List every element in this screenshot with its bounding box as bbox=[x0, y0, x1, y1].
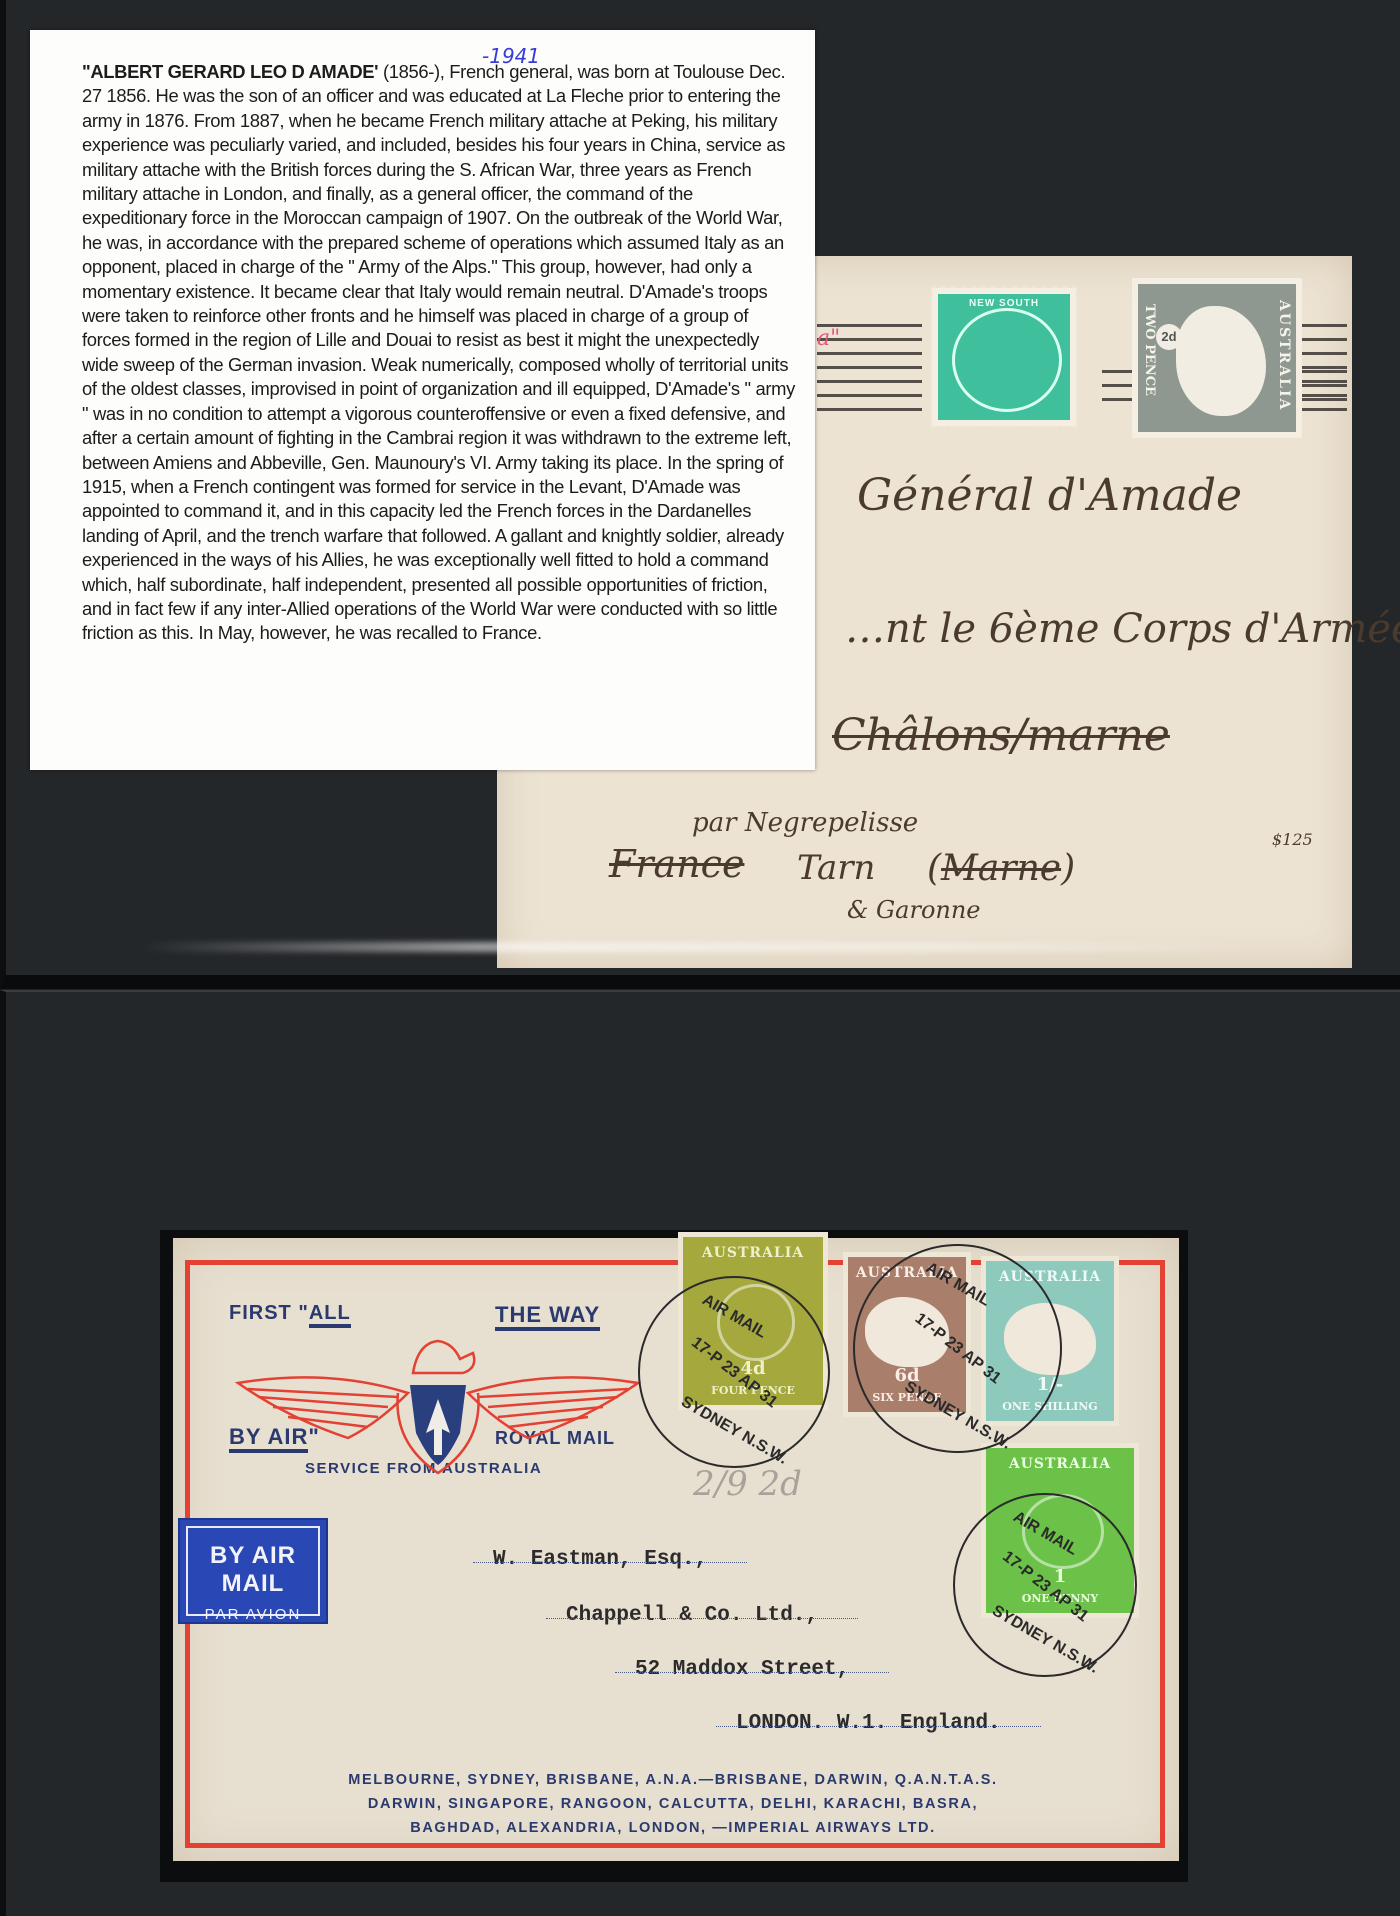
sleeve-glare bbox=[140, 942, 1270, 952]
postmark-air-mail-sydney: AIR MAIL 17-P 23 AP 31 SYDNEY N.S.W. bbox=[638, 1276, 830, 1468]
airline-routes: MELBOURNE, SYDNEY, BRISBANE, A.N.A.—BRIS… bbox=[213, 1768, 1133, 1840]
address-line-struck: France bbox=[609, 842, 744, 886]
by-air-mail-label: BY AIR MAIL PAR AVION bbox=[178, 1518, 328, 1624]
address-line: Chappell & Co. Ltd., bbox=[566, 1604, 818, 1627]
cover-2-envelope: FIRST "ALL THE WAY BY AIR" ROYAL MAIL SE… bbox=[173, 1238, 1179, 1861]
pink-manuscript-mark: a" bbox=[817, 326, 840, 351]
advert-the-way: THE WAY bbox=[495, 1302, 600, 1328]
description-heading: "ALBERT GERARD LEO D AMADE' bbox=[82, 61, 378, 82]
address-line: Général d'Amade bbox=[857, 470, 1242, 521]
address-line: (Marne) bbox=[927, 848, 1075, 889]
stamp-nsw-halfpenny: NEW SOUTH bbox=[932, 288, 1076, 426]
winged-shield-lion-icon bbox=[228, 1333, 648, 1483]
address-line: W. Eastman, Esq., bbox=[493, 1548, 707, 1571]
address-line: 52 Maddox Street, bbox=[635, 1658, 849, 1681]
stamp-kangaroo-2d: TWO PENCE AUSTRALIA 2d bbox=[1132, 278, 1302, 438]
redirection-line: par Negrepelisse bbox=[692, 808, 918, 838]
redirection-line: & Garonne bbox=[847, 896, 981, 924]
queen-portrait-icon bbox=[952, 308, 1062, 412]
advert-first-all: FIRST "ALL bbox=[229, 1302, 351, 1325]
description-text: "ALBERT GERARD LEO D AMADE' (1856-), Fre… bbox=[82, 60, 800, 646]
description-card: -1941 "ALBERT GERARD LEO D AMADE' (1856-… bbox=[30, 30, 815, 770]
postmark-air-mail-sydney: AIR MAIL 17-P 23 AP 31 SYDNEY N.S.W. bbox=[953, 1493, 1137, 1677]
address-line: …nt le 6ème Corps d'Armée bbox=[845, 606, 1400, 652]
address-line: LONDON. W.1. England. bbox=[736, 1712, 1001, 1735]
australia-map-icon bbox=[1176, 306, 1266, 416]
postmark-air-mail-sydney: AIR MAIL 17-P 23 AP 31 SYDNEY N.S.W. bbox=[853, 1244, 1062, 1453]
price-note: $125 bbox=[1272, 830, 1313, 849]
redirection-line: Tarn bbox=[797, 848, 875, 888]
address-line-struck: Châlons/marne bbox=[832, 710, 1170, 761]
